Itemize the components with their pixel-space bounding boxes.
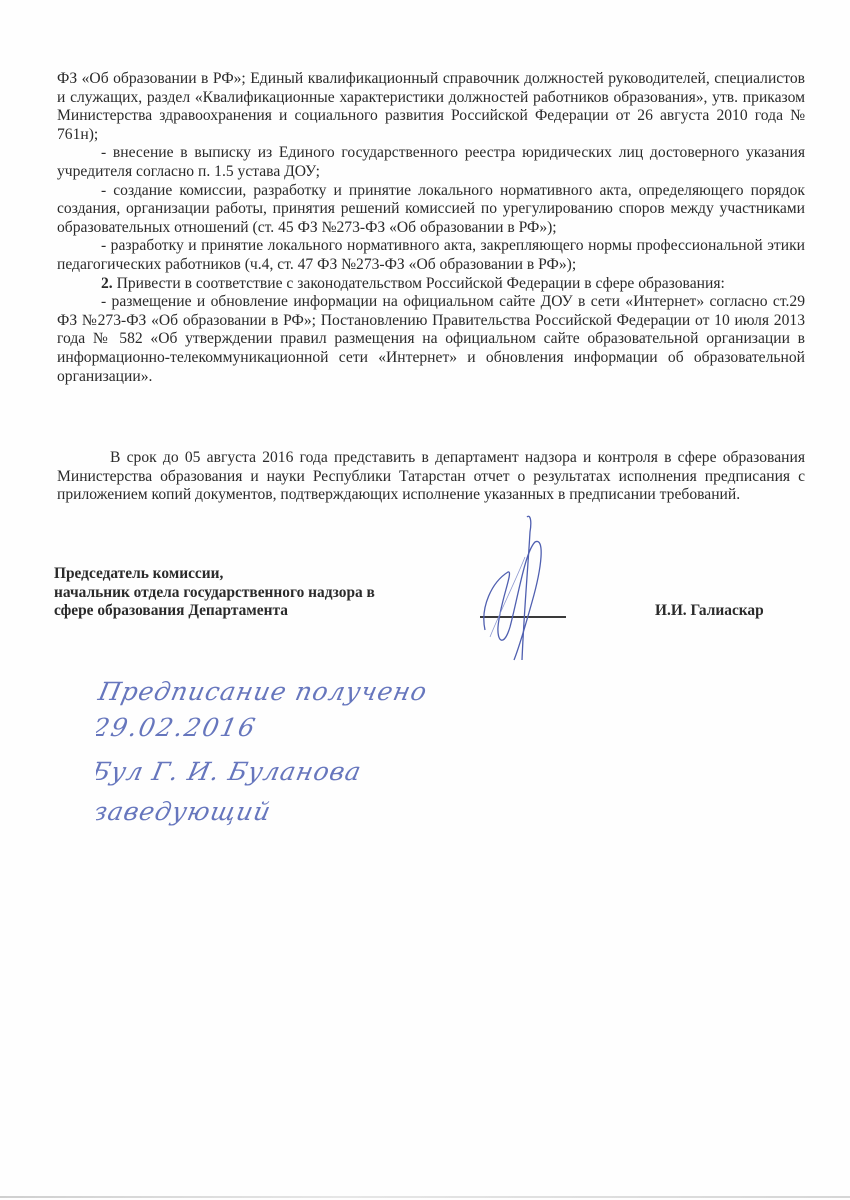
scan-bottom-edge: [0, 1196, 850, 1198]
paragraph-legal-references: ФЗ «Об образовании в РФ»; Единый квалифи…: [57, 70, 805, 144]
signature-icon: [470, 512, 580, 662]
scanned-document-page: ФЗ «Об образовании в РФ»; Единый квалифи…: [0, 0, 850, 1200]
handwritten-line-3: Бул Г. И. Буланова: [96, 757, 364, 786]
item-2-number: 2.: [101, 275, 113, 292]
deadline-section: В срок до 05 августа 2016 года представи…: [57, 449, 805, 505]
paragraph-website-info: - размещение и обновление информации на …: [57, 293, 805, 386]
paragraph-registry-entry: - внесение в выписку из Единого государс…: [57, 144, 805, 181]
item-2-text: Привести в соответствие с законодательст…: [113, 275, 725, 292]
handwritten-receipt-note: Предписание получено 29.02.2016 Бул Г. И…: [96, 668, 436, 838]
signatory-title-line-1: Председатель комиссии,: [54, 565, 375, 584]
signatory-block: Председатель комиссии, начальник отдела …: [54, 565, 375, 621]
signatory-title-line-3: сфере образования Департамента: [54, 602, 375, 621]
signatory-name: И.И. Галиаскар: [655, 602, 764, 620]
handwritten-line-1: Предписание получено: [96, 677, 430, 706]
paragraph-item-2: 2. Привести в соответствие с законодател…: [57, 275, 805, 294]
handwritten-line-2: 29.02.2016: [96, 713, 259, 742]
paragraph-ethics-act: - разработку и принятие локального норма…: [57, 237, 805, 274]
signatory-title-line-2: начальник отдела государственного надзор…: [54, 584, 375, 603]
document-body: ФЗ «Об образовании в РФ»; Единый квалифи…: [57, 70, 805, 386]
paragraph-deadline: В срок до 05 августа 2016 года представи…: [57, 449, 805, 505]
paragraph-commission-creation: - создание комиссии, разработку и принят…: [57, 182, 805, 238]
handwritten-line-4: заведующий: [96, 797, 274, 826]
